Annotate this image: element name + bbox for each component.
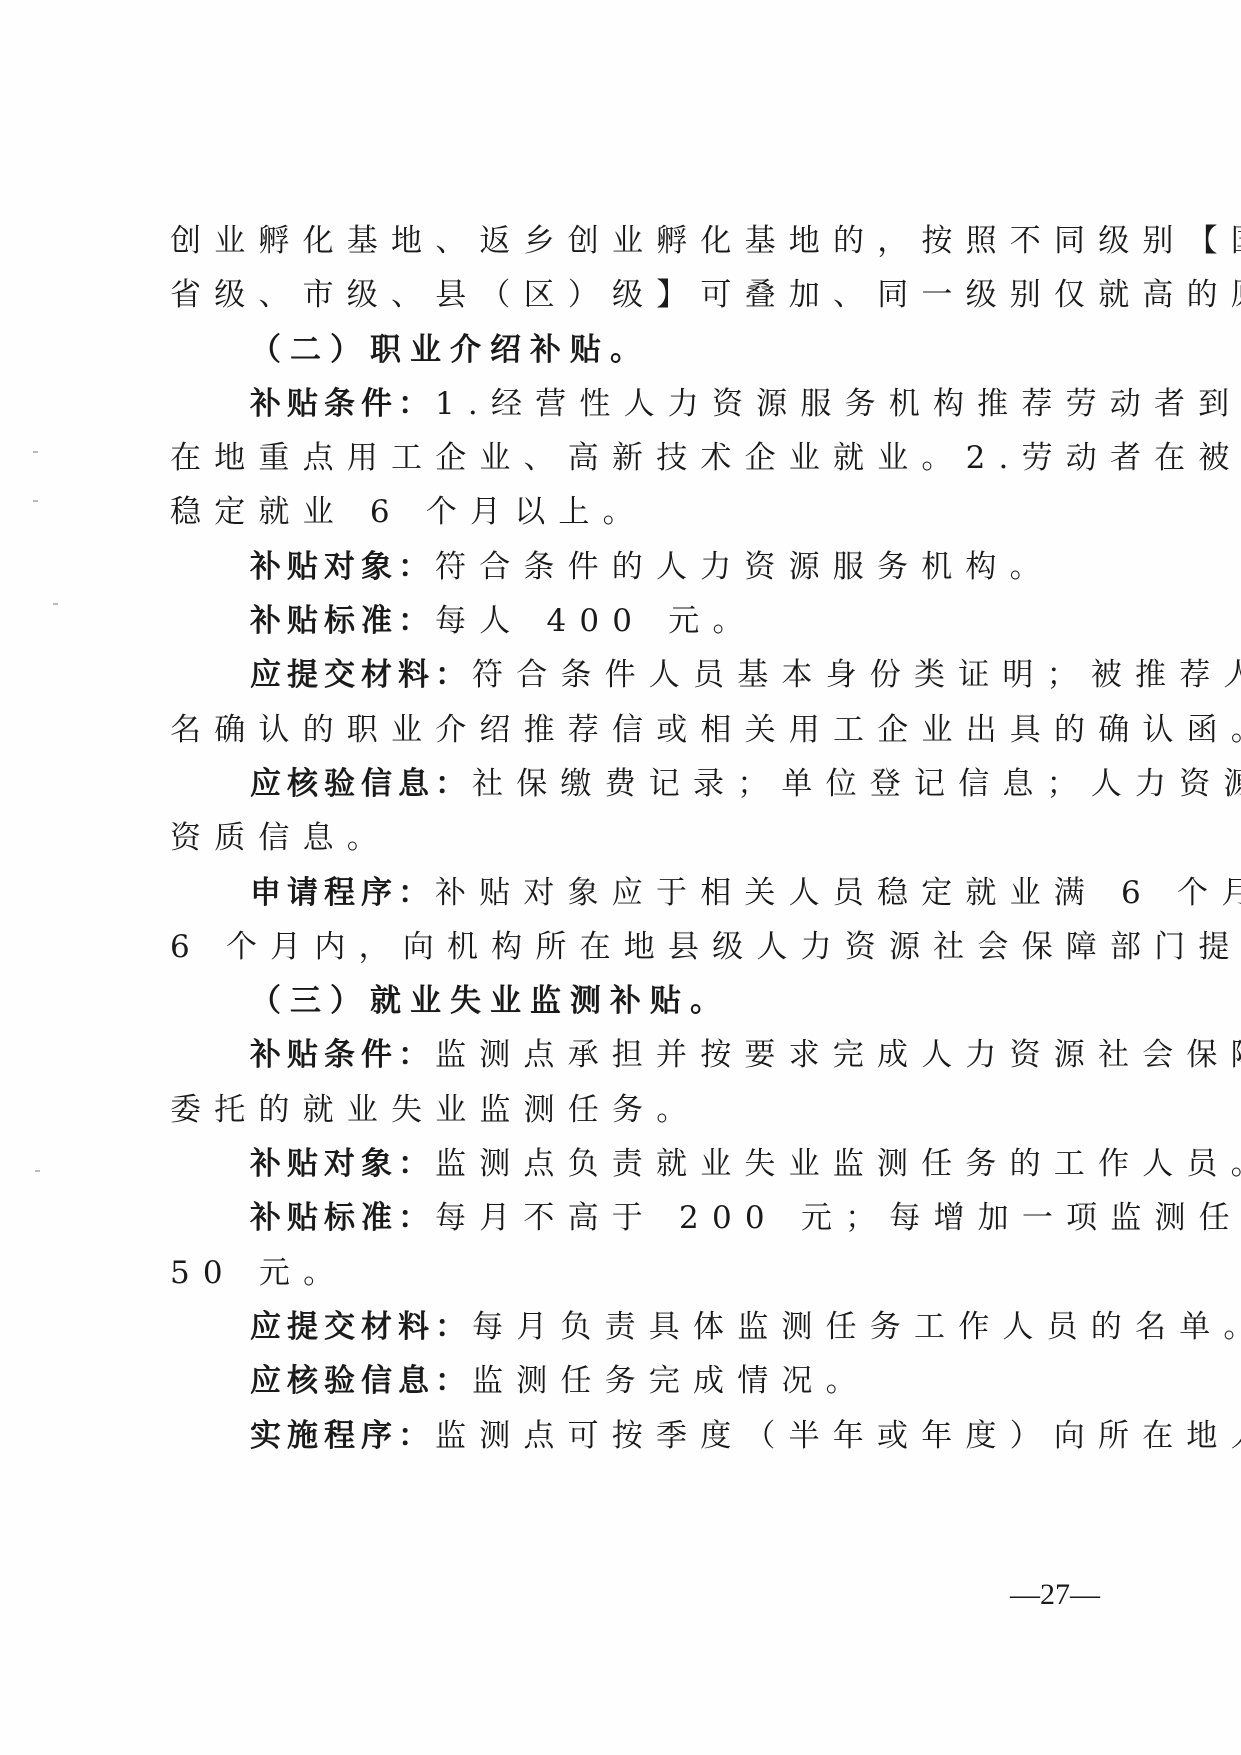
field-line: 补贴对象：符合条件的人力资源服务机构。 <box>170 540 1082 594</box>
field-value: 每月不高于 200 元；每增加一项监测任务再提高 <box>435 1200 1241 1236</box>
field-value: 监测点负责就业失业监测任务的工作人员。 <box>435 1146 1241 1182</box>
field-label: 补贴标准： <box>250 603 435 639</box>
field-value: 符合条件人员基本身份类证明；被推荐人员签 <box>472 657 1241 693</box>
field-label: 补贴条件： <box>250 386 435 422</box>
scan-artifact <box>53 603 58 605</box>
text-line: 资质信息。 <box>170 811 1082 865</box>
field-line: 应核验信息：监测任务完成情况。 <box>170 1354 1082 1408</box>
line-text: 名确认的职业介绍推荐信或相关用工企业出具的确认函。 <box>170 712 1241 748</box>
text-line: 50 元。 <box>170 1246 1082 1300</box>
field-line: 应提交材料：符合条件人员基本身份类证明；被推荐人员签 <box>170 648 1082 702</box>
document-page: 创业孵化基地、返乡创业孵化基地的，按照不同级别【国家级、 省级、市级、县（区）级… <box>0 0 1241 1755</box>
field-value: 符合条件的人力资源服务机构。 <box>435 549 1054 585</box>
field-value: 每人 400 元。 <box>435 603 757 639</box>
text-line: 省级、市级、县（区）级】可叠加、同一级别仅就高的原则奖补。 <box>170 268 1082 322</box>
field-value: 社保缴费记录；单位登记信息；人力资源服务 <box>472 766 1241 802</box>
field-value: 监测点可按季度（半年或年度）向所在地人力资 <box>435 1418 1241 1454</box>
heading-text: （二）职业介绍补贴。 <box>250 332 650 368</box>
scan-artifact <box>35 1170 40 1172</box>
field-line: 申请程序：补贴对象应于相关人员稳定就业满 6 个月之日起 <box>170 866 1082 920</box>
line-text: 稳定就业 6 个月以上。 <box>170 494 647 530</box>
line-text: 创业孵化基地、返乡创业孵化基地的，按照不同级别【国家级、 <box>170 223 1241 259</box>
field-value: 1.经营性人力资源服务机构推荐劳动者到机构所 <box>435 386 1241 422</box>
field-label: 应提交材料： <box>250 1309 472 1345</box>
line-text: 资质信息。 <box>170 820 391 856</box>
field-line: 实施程序：监测点可按季度（半年或年度）向所在地人力资 <box>170 1409 1082 1463</box>
line-text: 50 元。 <box>170 1255 347 1291</box>
field-label: 应核验信息： <box>250 1363 472 1399</box>
field-label: 应核验信息： <box>250 766 472 802</box>
field-label: 补贴对象： <box>250 1146 435 1182</box>
field-line: 补贴条件：1.经营性人力资源服务机构推荐劳动者到机构所 <box>170 377 1082 431</box>
field-line: 补贴标准：每人 400 元。 <box>170 594 1082 648</box>
field-label: 补贴条件： <box>250 1037 435 1073</box>
field-label: 应提交材料： <box>250 657 472 693</box>
line-text: 6 个月内，向机构所在地县级人力资源社会保障部门提出补贴申请。 <box>170 929 1241 965</box>
section-heading: （二）职业介绍补贴。 <box>170 323 1082 377</box>
document-body: 创业孵化基地、返乡创业孵化基地的，按照不同级别【国家级、 省级、市级、县（区）级… <box>170 214 1082 1463</box>
field-line: 补贴标准：每月不高于 200 元；每增加一项监测任务再提高 <box>170 1191 1082 1245</box>
field-line: 应提交材料：每月负责具体监测任务工作人员的名单。 <box>170 1300 1082 1354</box>
page-number: —27— <box>1010 1578 1100 1612</box>
section-heading: （三）就业失业监测补贴。 <box>170 974 1082 1028</box>
scan-artifact <box>33 500 38 502</box>
line-text: 在地重点用工企业、高新技术企业就业。2.劳动者在被推荐企业 <box>170 440 1241 476</box>
field-value: 监测任务完成情况。 <box>472 1363 870 1399</box>
line-text: 委托的就业失业监测任务。 <box>170 1092 700 1128</box>
field-value: 监测点承担并按要求完成人力资源社会保障部门 <box>435 1037 1241 1073</box>
heading-text: （三）就业失业监测补贴。 <box>250 983 730 1019</box>
field-line: 补贴对象：监测点负责就业失业监测任务的工作人员。 <box>170 1137 1082 1191</box>
text-line: 6 个月内，向机构所在地县级人力资源社会保障部门提出补贴申请。 <box>170 920 1082 974</box>
field-label: 实施程序： <box>250 1418 435 1454</box>
text-line: 创业孵化基地、返乡创业孵化基地的，按照不同级别【国家级、 <box>170 214 1082 268</box>
field-value: 每月负责具体监测任务工作人员的名单。 <box>472 1309 1241 1345</box>
scan-artifact <box>33 451 38 453</box>
field-label: 申请程序： <box>250 875 435 911</box>
field-line: 应核验信息：社保缴费记录；单位登记信息；人力资源服务 <box>170 757 1082 811</box>
field-line: 补贴条件：监测点承担并按要求完成人力资源社会保障部门 <box>170 1028 1082 1082</box>
field-value: 补贴对象应于相关人员稳定就业满 6 个月之日起 <box>435 875 1241 911</box>
text-line: 委托的就业失业监测任务。 <box>170 1083 1082 1137</box>
text-line: 名确认的职业介绍推荐信或相关用工企业出具的确认函。 <box>170 703 1082 757</box>
line-text: 省级、市级、县（区）级】可叠加、同一级别仅就高的原则奖补。 <box>170 277 1241 313</box>
text-line: 在地重点用工企业、高新技术企业就业。2.劳动者在被推荐企业 <box>170 431 1082 485</box>
text-line: 稳定就业 6 个月以上。 <box>170 485 1082 539</box>
field-label: 补贴标准： <box>250 1200 435 1236</box>
field-label: 补贴对象： <box>250 549 435 585</box>
